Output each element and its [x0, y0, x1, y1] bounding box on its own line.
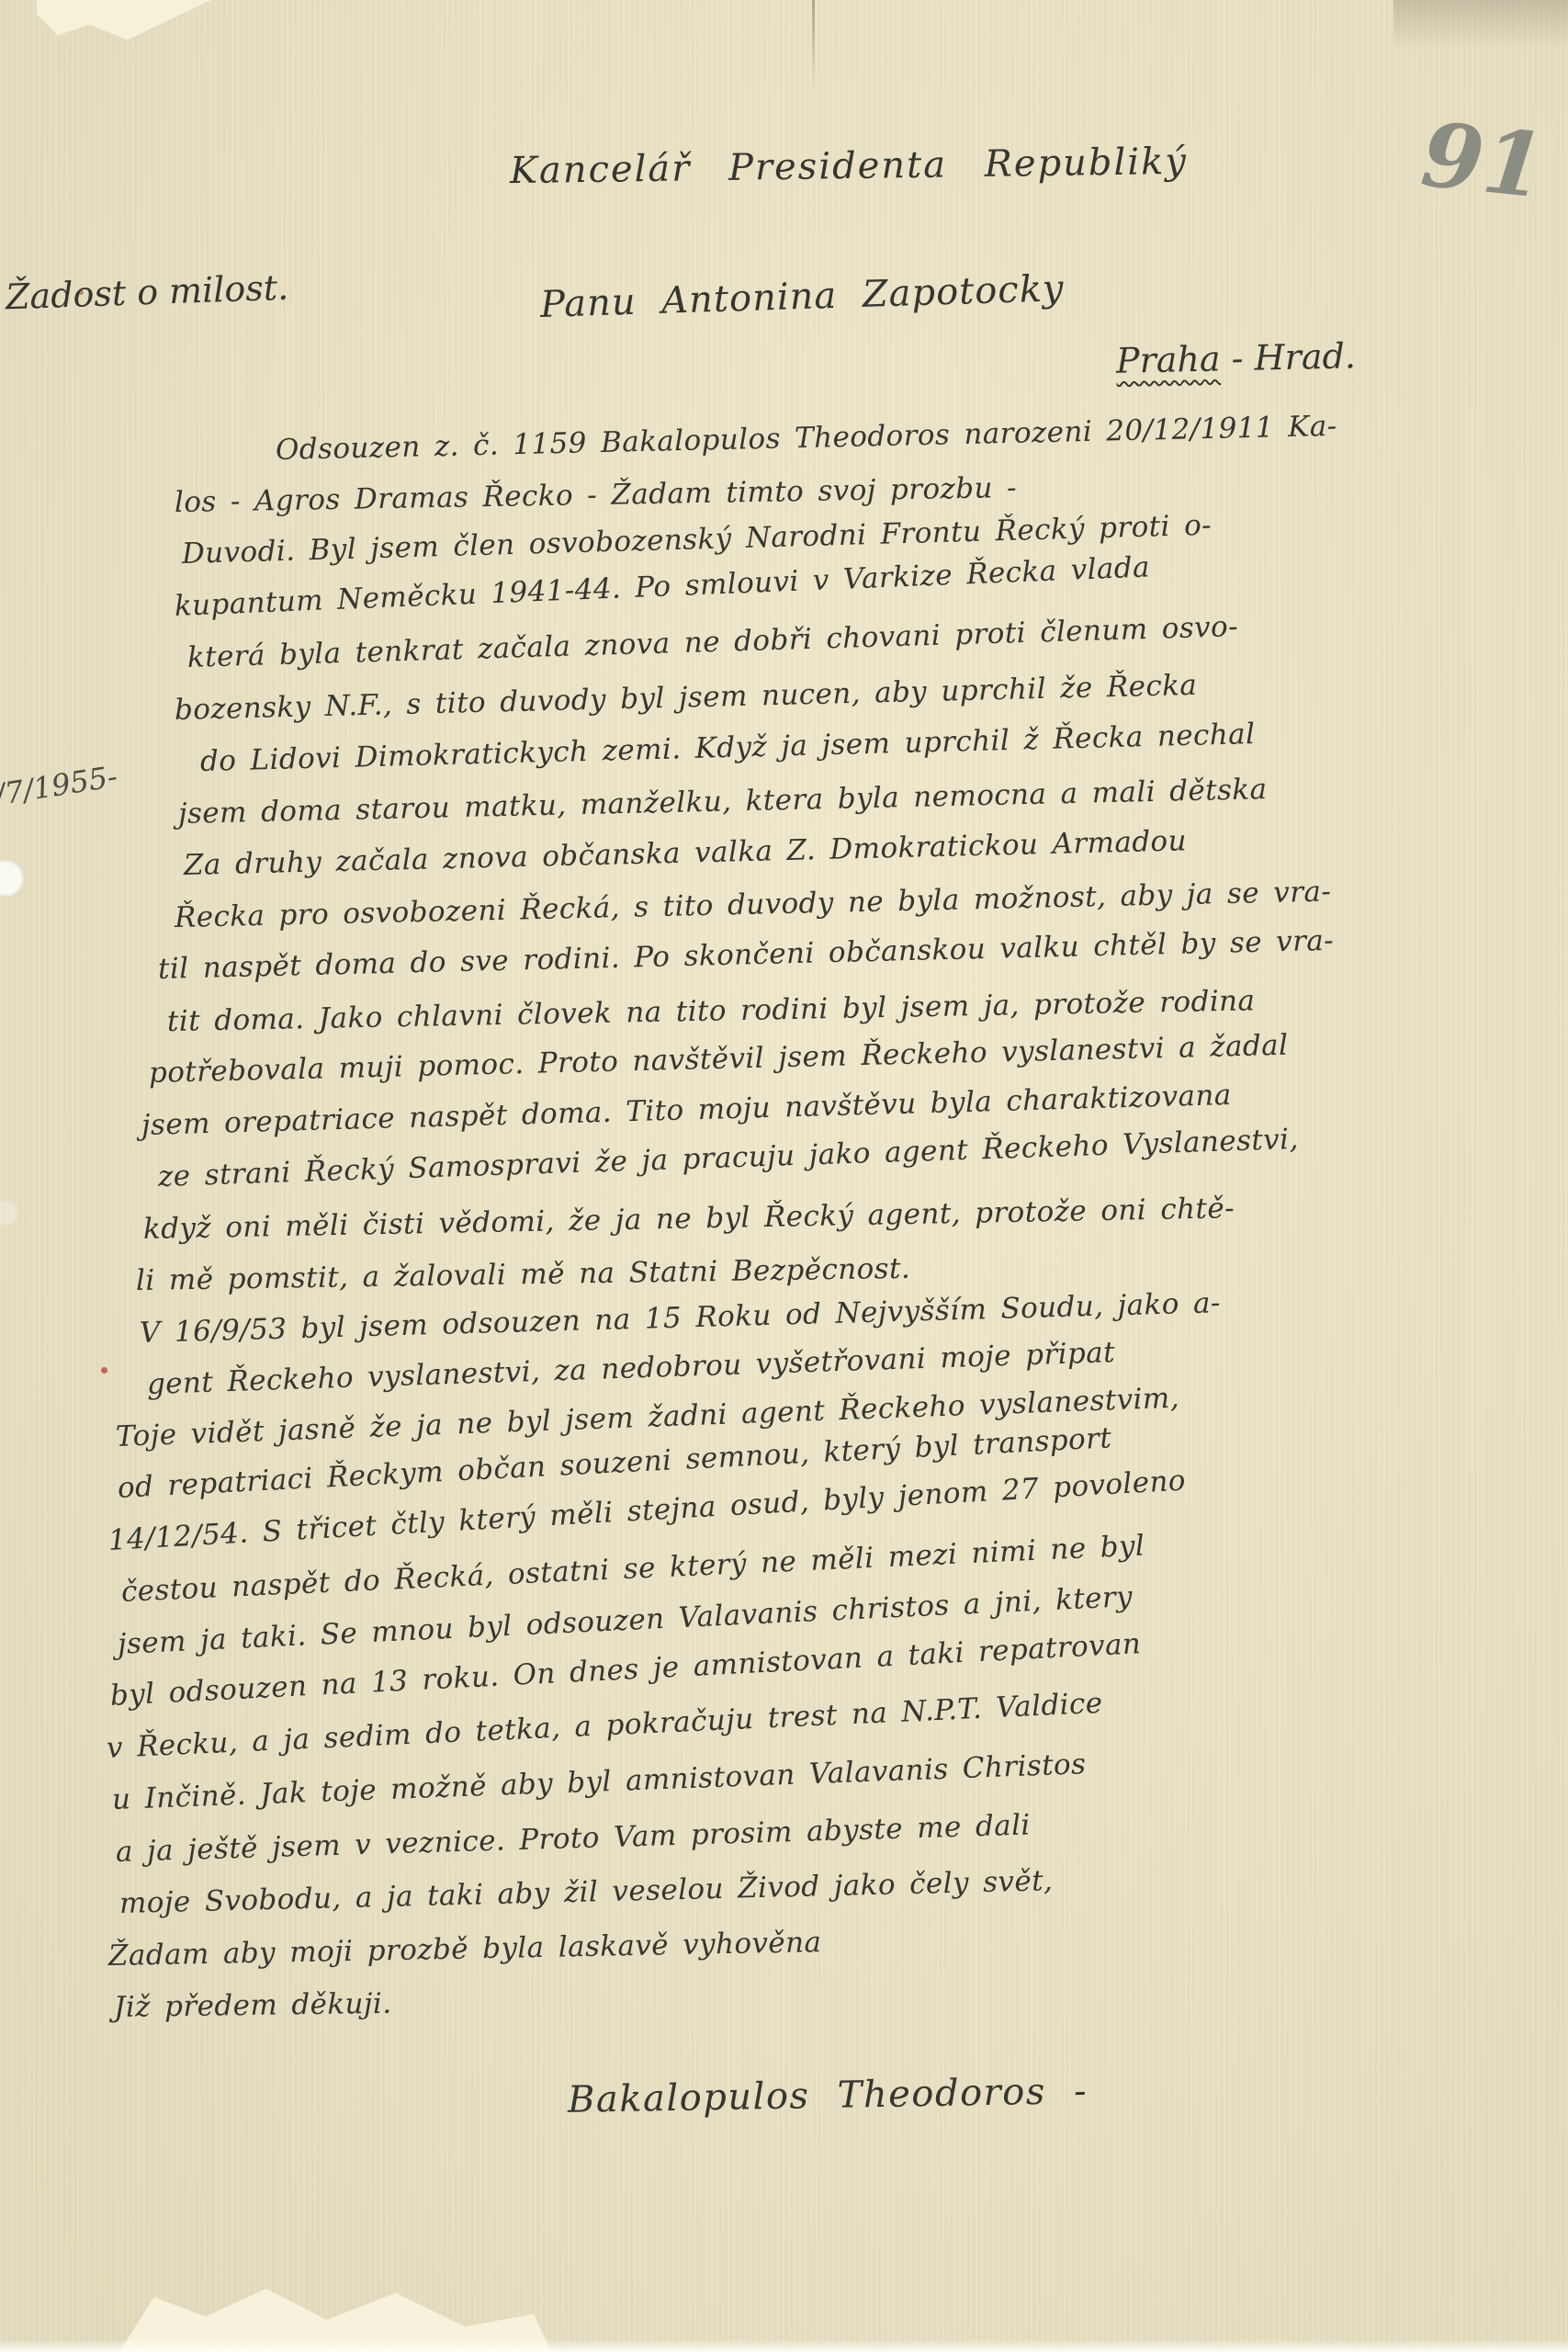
letter-subject: Žadost o milost.: [5, 267, 288, 318]
scanned-letter-page: 91 Kancelář Presidenta Republiký Žadost …: [0, 0, 1568, 2352]
scan-shadow-top-right: [1393, 0, 1568, 50]
paper-tear-top-left: [37, 0, 211, 64]
margin-date-note: /7/1955-: [0, 759, 119, 813]
letter-body: Odsouzen z. č. 1159 Bakalopulos Theodoro…: [175, 424, 1552, 2034]
recipient-city: Praha - Hrad.: [1116, 335, 1357, 380]
page-number-pencil: 91: [1416, 102, 1550, 218]
letter-header-office: Kancelář Presidenta Republiký: [510, 141, 1189, 192]
hole-punch-faint: [0, 1200, 18, 1226]
paper-crease: [812, 0, 815, 88]
paper-speck: [79, 290, 84, 295]
hole-punch: [0, 860, 24, 897]
paper-speck: [101, 1367, 107, 1374]
recipient-city-rest: - Hrad.: [1220, 335, 1356, 379]
recipient-name: Panu Antonina Zapotocky: [539, 267, 1065, 326]
recipient-city-underlined: Praha: [1116, 338, 1221, 380]
signature: Bakalopulos Theodoros -: [568, 2070, 1089, 2121]
scan-edge-bottom: [0, 2339, 1568, 2352]
